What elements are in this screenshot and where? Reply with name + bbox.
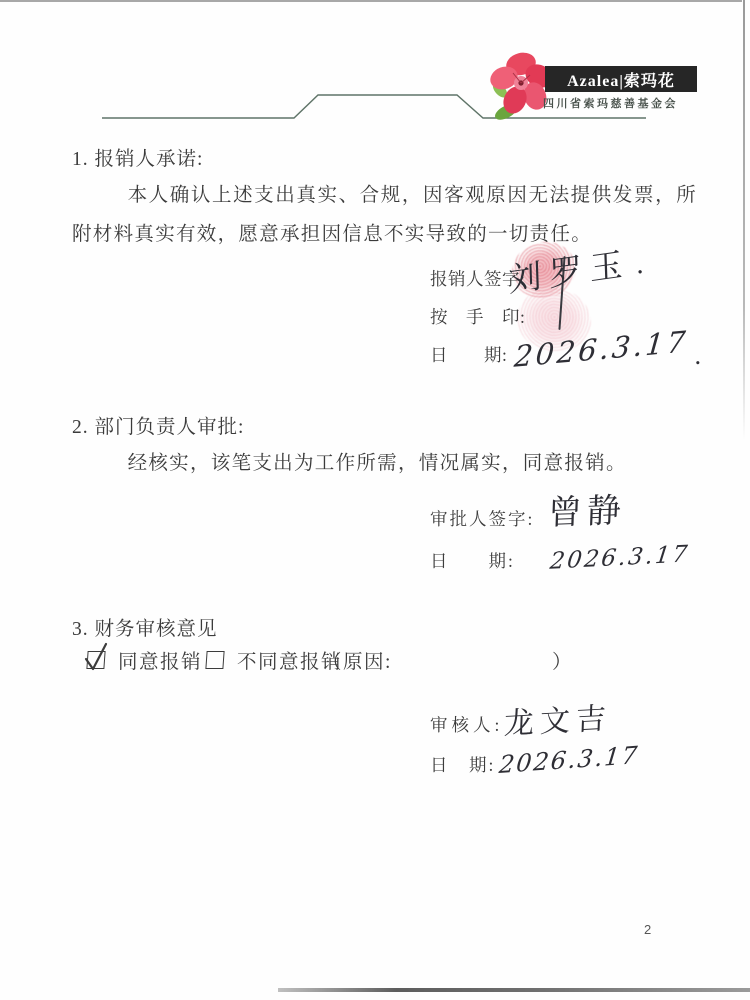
agree-checkmark-icon bbox=[82, 639, 110, 673]
section3-date-label: 日 期: bbox=[430, 752, 495, 777]
section3-heading: 3. 财务审核意见 bbox=[72, 613, 218, 641]
section3-date-handwriting: 2026.3.17 bbox=[498, 741, 641, 779]
section1-print-label: 按 手 印: bbox=[430, 304, 525, 329]
section1-date-label: 日 期: bbox=[430, 342, 507, 367]
agree-label: 同意报销 bbox=[118, 646, 202, 674]
section1-signature-dot: · bbox=[636, 258, 644, 288]
section2-body: 经核实，该笔支出为工作所需，情况属实，同意报销。 bbox=[72, 444, 697, 483]
section3-sign-label: 审核人: bbox=[430, 712, 503, 737]
reason-suffix: ） bbox=[552, 646, 573, 674]
section2-signature-handwriting: 曾静 bbox=[547, 483, 627, 535]
section2-date-label: 日 期: bbox=[430, 548, 515, 573]
logo-badge: Azalea|索玛花 bbox=[545, 66, 697, 92]
reason-prefix: （原因: bbox=[322, 646, 392, 674]
org-name: 四川省索玛慈善基金会 bbox=[543, 95, 703, 111]
section3-signature-handwriting: 龙文吉 bbox=[503, 693, 612, 743]
section2-sign-label: 审批人签字: bbox=[430, 506, 534, 531]
scan-edge-bottom bbox=[278, 988, 750, 992]
section1-date-dot: . bbox=[694, 342, 702, 370]
scanned-document-page: Azalea|索玛花 四川省索玛慈善基金会 1. 报销人承诺: 本人确认上述支出… bbox=[0, 0, 750, 1000]
section2-heading: 2. 部门负责人审批: bbox=[72, 411, 244, 439]
section2-date-handwriting: 2026.3.17 bbox=[548, 541, 691, 575]
page-number: 2 bbox=[644, 922, 651, 937]
section1-heading: 1. 报销人承诺: bbox=[72, 143, 203, 171]
disagree-checkbox bbox=[205, 651, 224, 669]
